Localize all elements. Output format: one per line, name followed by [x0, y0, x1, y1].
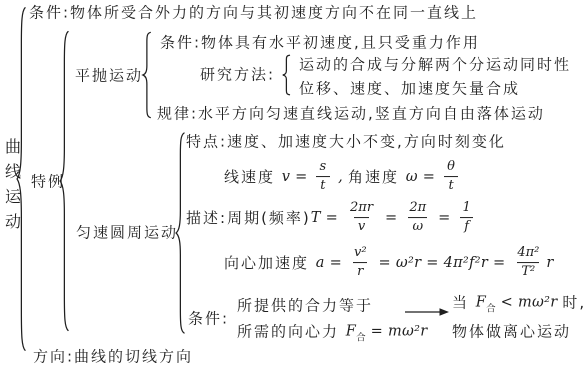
projectile-label: 平抛运动	[75, 65, 143, 86]
research-method-brace	[281, 55, 292, 95]
research-method-item: 位移、速度、加速度矢量合成	[299, 78, 520, 99]
direction-line: 方向:曲线的切线方向	[33, 346, 193, 367]
linear-angular-speed-formula: 线速度 v = st , 角速度 ω = θt	[224, 160, 462, 194]
curvilinear-motion-diagram: 曲线运动 条件:物体所受合外力的方向与其初速度方向不在同一直线上 特例 方向:曲…	[0, 0, 586, 368]
centrifugal-result-line: 物体做离心运动	[452, 321, 571, 342]
special-case-label: 特例	[31, 171, 65, 192]
condition-line: 条件:物体所受合外力的方向与其初速度方向不在同一直线上	[29, 2, 478, 23]
required-centripetal-force-line: 所需的向心力 F合 = mω²r	[237, 321, 427, 342]
projectile-law-line: 规律:水平方向匀速直线运动,竖直方向自由落体运动	[157, 103, 545, 124]
provided-force-line: 所提供的合力等于	[237, 295, 373, 316]
projectile-condition-line: 条件:物体具有水平初速度,且只受重力作用	[160, 32, 480, 53]
centripetal-acceleration-formula: 向心加速度 a = v²r = ω²r = 4π²f²r = 4π²T²r	[224, 246, 554, 280]
period-frequency-formula: 描述:周期(频率)T = 2πrv = 2πω = 1f	[186, 201, 478, 235]
circular-feature-line: 特点:速度、加速度大小不变,方向时刻变化	[186, 131, 506, 152]
circular-condition-label: 条件:	[188, 308, 229, 329]
research-method-label: 研究方法:	[200, 64, 275, 85]
circular-motion-label: 匀速圆周运动	[76, 222, 178, 243]
research-method-item: 运动的合成与分解两个分运动同时性	[299, 54, 571, 75]
root-brace	[15, 6, 28, 352]
right-arrow-icon	[404, 306, 450, 318]
centrifugal-condition-line: 当 F合 < mω²r 时,	[452, 292, 586, 313]
